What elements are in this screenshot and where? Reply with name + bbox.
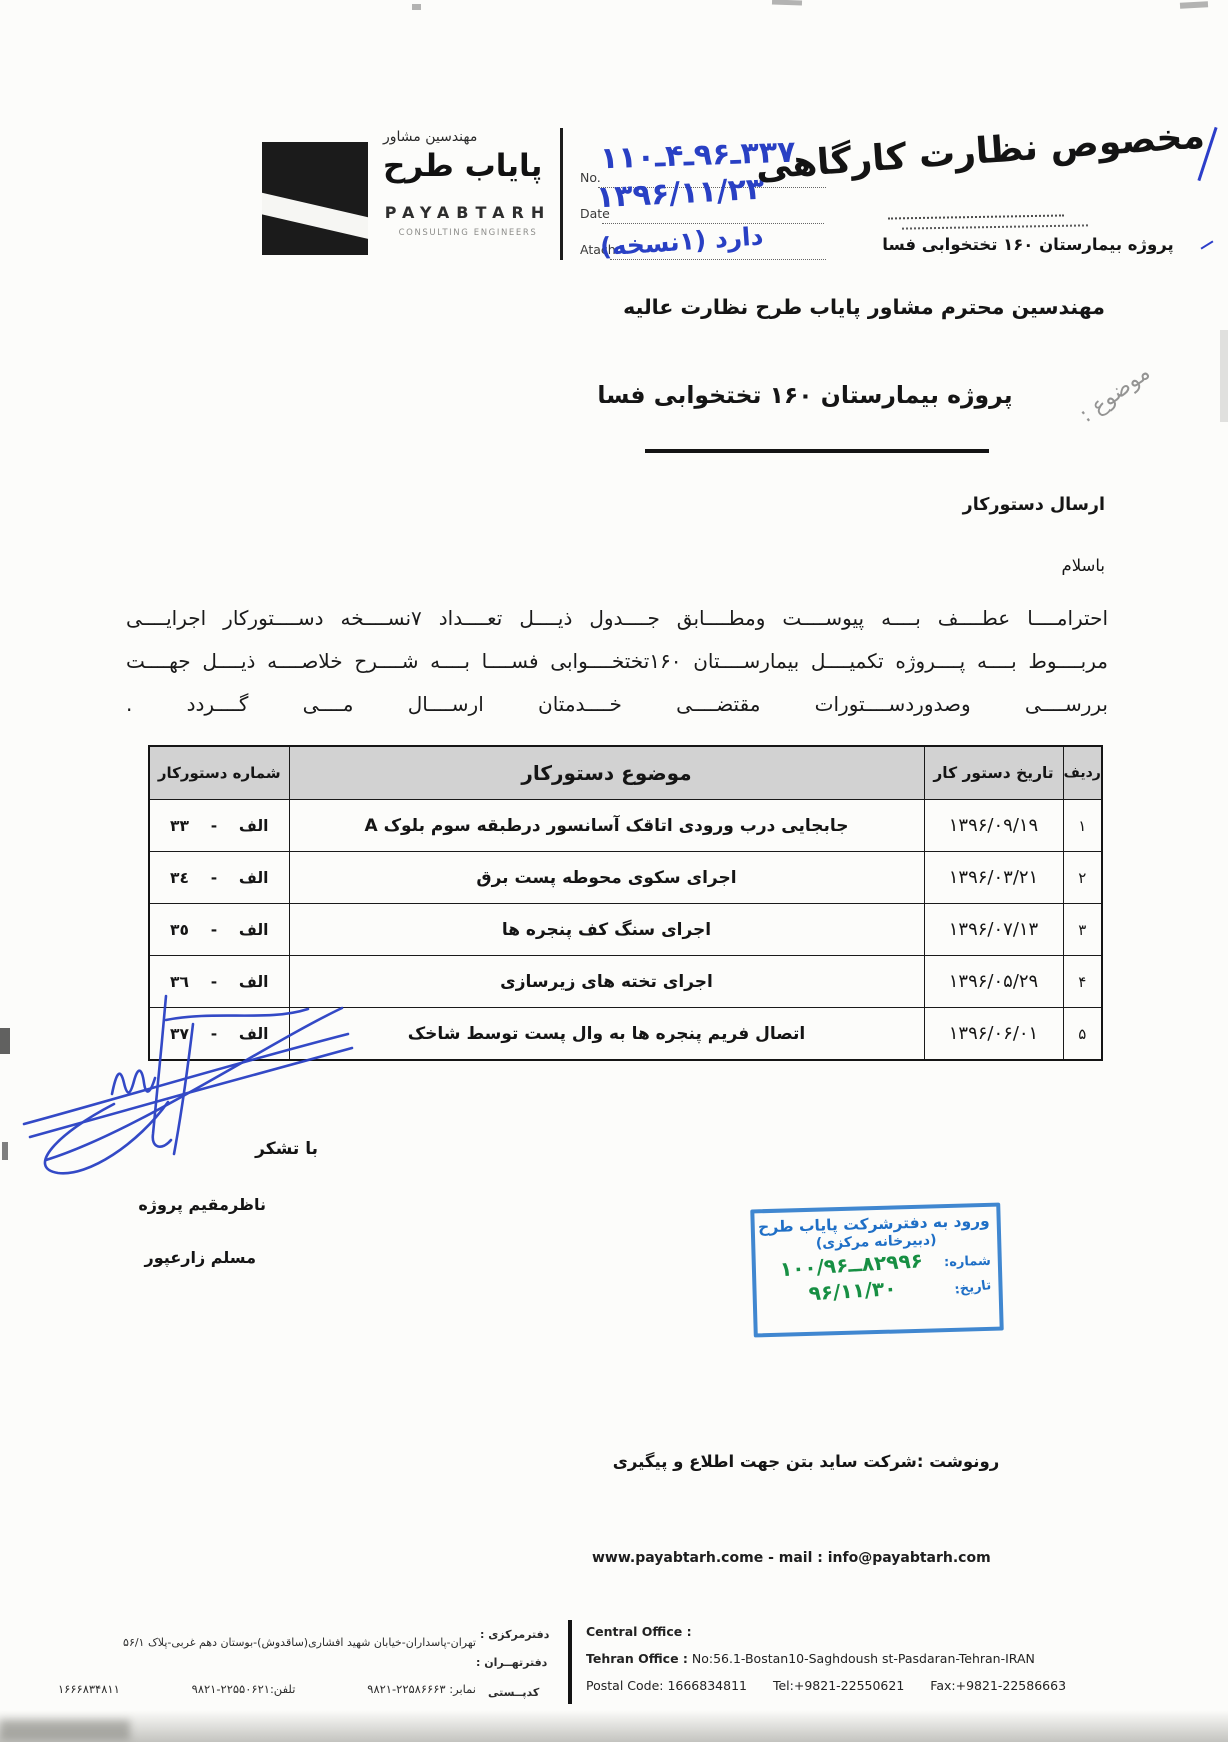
cell-number: الف - ٣٤ bbox=[149, 852, 289, 904]
blue-pen-squiggle bbox=[1201, 240, 1214, 249]
telephone: Tel:+9821-22550621 bbox=[773, 1678, 904, 1693]
brand-en: PAYABTARH bbox=[376, 203, 560, 222]
signer-role: ناظرمقیم پروژه bbox=[134, 1195, 266, 1214]
cell-date: ۱۳۹۶/۰۶/۰۱ bbox=[924, 1008, 1063, 1061]
subject-title-underline bbox=[645, 449, 989, 453]
handnote-underline-1 bbox=[888, 214, 1064, 219]
table-row: ۳ ۱۳۹۶/۰۷/۱۳ اجرای سنگ کف پنجره ها الف -… bbox=[149, 904, 1102, 956]
cell-radif: ۱ bbox=[1063, 800, 1102, 852]
num-dash: - bbox=[211, 973, 217, 991]
cell-radif: ۴ bbox=[1063, 956, 1102, 1008]
payabtarh-logo bbox=[262, 142, 368, 255]
fa-contact-numbers: نمابر: ۲۲۵۸۶۶۶۳-۹۸۲۱ تلفن:۲۲۵۵۰۶۲۱-۹۸۲۱ … bbox=[58, 1682, 476, 1696]
stamp-date-value: ۹۶/۱۱/۳۰ bbox=[808, 1276, 897, 1305]
num-value: ٣٣ bbox=[170, 817, 189, 835]
stamp-number-label: شماره: bbox=[941, 1253, 991, 1269]
work-order-table: ردیف تاریخ دستور کار موضوع دستورکار شمار… bbox=[150, 745, 1103, 1061]
salutation: باسلام bbox=[900, 556, 1105, 575]
header-radif: ردیف bbox=[1063, 746, 1102, 800]
header-number: شماره دستورکار bbox=[149, 746, 289, 800]
body-paragraph: احترامــــا عطــــف بــــه پیوســــت ومط… bbox=[126, 597, 1108, 726]
email-address: e - mail : info@payabtarh.com bbox=[754, 1550, 991, 1566]
cell-subject: اجرای سنگ کف پنجره ها bbox=[289, 904, 924, 956]
footer-english-block: Central Office : Tehran Office : No:56.1… bbox=[586, 1624, 1116, 1693]
fa-postal-value: ۱۶۶۶۸۳۴۸۱۱ bbox=[58, 1682, 120, 1696]
website-url: www.payabtarh.com bbox=[592, 1550, 754, 1566]
signer-name: مسلم زارعپور bbox=[134, 1248, 256, 1267]
fa-tel: تلفن:۲۲۵۵۰۶۲۱-۹۸۲۱ bbox=[192, 1682, 296, 1696]
fa-tehran-office-label: دفترتهــران : bbox=[476, 1656, 562, 1669]
fa-postal-label: کدپــستی bbox=[488, 1686, 562, 1699]
office-entry-stamp: ورود به دفترشرکت پایاب طرح (دبیرخانه مرک… bbox=[750, 1203, 1003, 1338]
num-alef: الف bbox=[239, 973, 269, 991]
body-line-2: مربــــوط بــــه پــــروژه تکمیــــل بیم… bbox=[126, 640, 1108, 683]
cell-date: ۱۳۹۶/۰۳/۲۱ bbox=[924, 852, 1063, 904]
postal-code: Postal Code: 1666834811 bbox=[586, 1678, 747, 1693]
stamp-date-label: تاریخ: bbox=[954, 1277, 992, 1297]
fax: Fax:+9821-22586663 bbox=[930, 1678, 1066, 1693]
num-alef: الف bbox=[239, 869, 269, 887]
postal-tel-fax-line: Postal Code: 1666834811 Tel:+9821-225506… bbox=[586, 1678, 1116, 1693]
subject-line: ارسال دستورکار bbox=[800, 495, 1105, 515]
header-date: تاریخ دستور کار bbox=[924, 746, 1063, 800]
atach-dotline bbox=[610, 259, 826, 260]
tehran-office-address: No:56.1-Bostan10-Saghdoush st-Pasdaran-T… bbox=[688, 1651, 1035, 1666]
header-subject: موضوع دستورکار bbox=[289, 746, 924, 800]
letterhead-divider bbox=[560, 128, 563, 260]
fa-fax: نمابر: ۲۲۵۸۶۶۶۳-۹۸۲۱ bbox=[367, 1682, 476, 1696]
num-value: ٣٥ bbox=[170, 921, 189, 939]
brand-fa-small: مهندسین مشاور bbox=[383, 129, 557, 145]
cell-date: ۱۳۹۶/۰۷/۱۳ bbox=[924, 904, 1063, 956]
scanned-letter-page: مهندسین مشاور پایاب طرح PAYABTARH CONSUL… bbox=[0, 0, 1228, 1742]
tehran-office-label: Tehran Office : bbox=[586, 1651, 688, 1666]
web-line: www.payabtarh.com e - mail : info@payabt… bbox=[592, 1550, 942, 1566]
atach-handwritten-value: دارد (۱نسخه) bbox=[599, 221, 764, 261]
table-row: ۴ ۱۳۹۶/۰۵/۲۹ اجرای تخته های زیرسازی الف … bbox=[149, 956, 1102, 1008]
table-row: ۵ ۱۳۹۶/۰۶/۰۱ اتصال فریم پنجره ها به وال … bbox=[149, 1008, 1102, 1061]
logo-diagonal-stripe bbox=[262, 191, 368, 243]
cell-date: ۱۳۹۶/۰۵/۲۹ bbox=[924, 956, 1063, 1008]
tehran-office-line: Tehran Office : No:56.1-Bostan10-Saghdou… bbox=[586, 1651, 1116, 1666]
scan-artifact bbox=[1220, 330, 1228, 422]
num-dash: - bbox=[211, 869, 217, 887]
central-office-label: Central Office : bbox=[586, 1624, 1116, 1639]
recipient-line: مهندسین محترم مشاور پایاب طرح نظارت عالی… bbox=[400, 295, 1105, 319]
cell-radif: ۵ bbox=[1063, 1008, 1102, 1061]
body-line-3: بررســــی وصدوردســــتورات مقتضــــی خــ… bbox=[126, 683, 1108, 726]
cell-subject: اتصال فریم پنجره ها به وال پست توسط شاخک bbox=[289, 1008, 924, 1061]
num-dash: - bbox=[211, 1025, 217, 1043]
brand-fa: پایاب طرح bbox=[383, 148, 557, 184]
cell-number: الف - ٣٥ bbox=[149, 904, 289, 956]
num-dash: - bbox=[211, 817, 217, 835]
brand-en-subtitle: CONSULTING ENGINEERS bbox=[376, 228, 560, 238]
scan-artifact bbox=[1180, 1, 1208, 8]
fa-central-office-label: دفترمرکزی : bbox=[480, 1628, 562, 1641]
cell-subject: اجرای سکوی محوطه پست برق bbox=[289, 852, 924, 904]
num-alef: الف bbox=[239, 921, 269, 939]
scan-artifact bbox=[0, 1028, 10, 1054]
cell-date: ۱۳۹۶/۰۹/۱۹ bbox=[924, 800, 1063, 852]
table-row: ۱ ۱۳۹۶/۰۹/۱۹ جابجایی درب ورودی اتاقک آسا… bbox=[149, 800, 1102, 852]
table-row: ۲ ۱۳۹۶/۰۳/۲۱ اجرای سکوی محوطه پست برق ال… bbox=[149, 852, 1102, 904]
cell-radif: ۲ bbox=[1063, 852, 1102, 904]
thanks-text: با تشکر bbox=[228, 1139, 318, 1159]
footer-divider bbox=[568, 1620, 572, 1704]
cc-line: رونوشت :شرکت ساید بتن جهت اطلاع و پیگیری bbox=[600, 1452, 1012, 1471]
scan-bottom-shadow bbox=[0, 1710, 1228, 1742]
table-header-row: ردیف تاریخ دستور کار موضوع دستورکار شمار… bbox=[149, 746, 1102, 800]
handnote-underline-2 bbox=[902, 224, 1088, 229]
scan-artifact bbox=[2, 1142, 8, 1160]
scan-artifact bbox=[412, 4, 421, 10]
cell-subject: اجرای تخته های زیرسازی bbox=[289, 956, 924, 1008]
scan-bottom-smudge bbox=[0, 1720, 130, 1740]
num-dash: - bbox=[211, 921, 217, 939]
scan-artifact bbox=[772, 0, 802, 6]
cell-radif: ۳ bbox=[1063, 904, 1102, 956]
subject-handwriting: موضوع : bbox=[1035, 360, 1155, 457]
cell-number: الف - ٣٦ bbox=[149, 956, 289, 1008]
cell-number: الف - ٣٧ bbox=[149, 1008, 289, 1061]
num-alef: الف bbox=[239, 1025, 269, 1043]
site-supervision-handnote: مخصوص نظارت کارگاهی bbox=[844, 115, 1206, 181]
body-line-1: احترامــــا عطــــف بــــه پیوســــت ومط… bbox=[126, 597, 1108, 640]
num-alef: الف bbox=[239, 817, 269, 835]
subject-title: پروژه بیمارستان ۱۶۰ تختخوابی فسا bbox=[558, 381, 1052, 409]
cell-subject: جابجایی درب ورودی اتاقک آسانسور درطبقه س… bbox=[289, 800, 924, 852]
num-value: ٣٦ bbox=[170, 973, 189, 991]
date-handwritten-value: ۱۳۹۶/۱۱/۲۳ bbox=[595, 172, 765, 216]
cell-number: الف - ٣٣ bbox=[149, 800, 289, 852]
stamp-number-value: ۱۰۰/۹۶ــ۸۲۹۹۶ bbox=[780, 1248, 924, 1281]
num-value: ٣٧ bbox=[170, 1025, 189, 1043]
num-value: ٣٤ bbox=[170, 869, 189, 887]
project-note: پروژه بیمارستان ۱۶۰ تختخوابی فسا bbox=[858, 235, 1198, 254]
fa-address: تهران-پاسداران-خیابان شهید افشاری(ساقدوش… bbox=[128, 1636, 476, 1649]
